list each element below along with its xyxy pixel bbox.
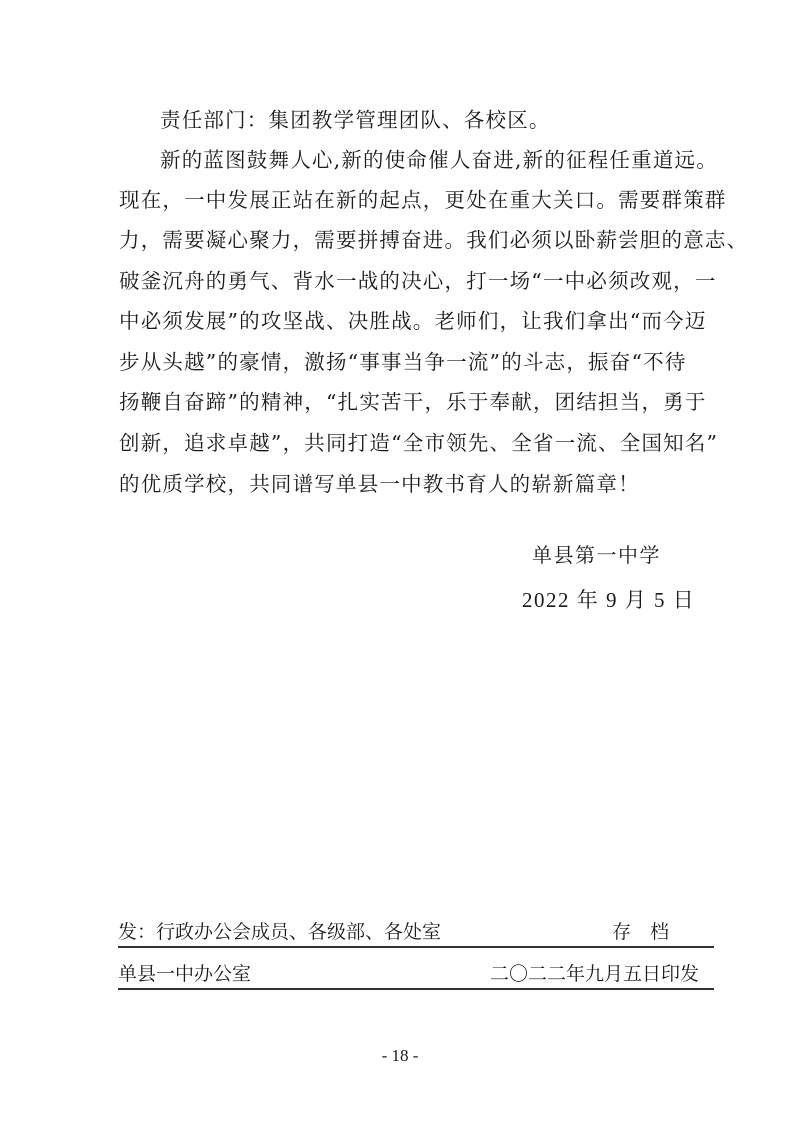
signature-date: 2022 年 9 月 5 日 bbox=[522, 585, 695, 615]
signature-organization: 单县第一中学 bbox=[532, 540, 661, 570]
issuer-label: 单县一中办公室 bbox=[118, 959, 251, 986]
paragraph-line: 创新，追求卓越”，共同打造“全市领先、全省一流、全国知名” bbox=[119, 423, 711, 463]
paragraph-line: 扬鞭自奋蹄”的精神，“扎实苦干，乐于奉献，团结担当，勇于 bbox=[119, 382, 711, 422]
paragraph-line: 破釜沉舟的勇气、背水一战的决心，打一场“一中必须改观，一 bbox=[119, 261, 711, 301]
distribution-row: 发：行政办公会成员、各级部、各处室 存 档 bbox=[118, 916, 714, 948]
paragraph-line: 新的蓝图鼓舞人心,新的使命催人奋进,新的征程任重道远。 bbox=[160, 140, 752, 180]
distribution-label: 发：行政办公会成员、各级部、各处室 bbox=[118, 917, 441, 944]
responsible-department-line: 责任部门：集团教学管理团队、各校区。 bbox=[160, 100, 752, 140]
document-page: 责任部门：集团教学管理团队、各校区。 新的蓝图鼓舞人心,新的使命催人奋进,新的征… bbox=[0, 0, 800, 1131]
paragraph-line: 步从头越”的豪情，激扬“事事当争一流”的斗志，振奋“不待 bbox=[119, 342, 711, 382]
paragraph-line: 中必须发展”的攻坚战、决胜战。老师们，让我们拿出“而今迈 bbox=[119, 301, 711, 341]
archive-label: 存 档 bbox=[612, 917, 669, 944]
paragraph-line: 的优质学校，共同谱写单县一中教书育人的崭新篇章！ bbox=[119, 464, 711, 504]
print-date: 二〇二二年九月五日印发 bbox=[490, 959, 699, 986]
page-number: - 18 - bbox=[0, 1046, 800, 1066]
paragraph-line: 力，需要凝心聚力，需要拼搏奋进。我们必须以卧薪尝胆的意志、 bbox=[119, 220, 711, 260]
paragraph-line: 现在，一中发展正站在新的起点，更处在重大关口。需要群策群 bbox=[119, 180, 711, 220]
issuer-row: 单县一中办公室 二〇二二年九月五日印发 bbox=[118, 958, 714, 990]
